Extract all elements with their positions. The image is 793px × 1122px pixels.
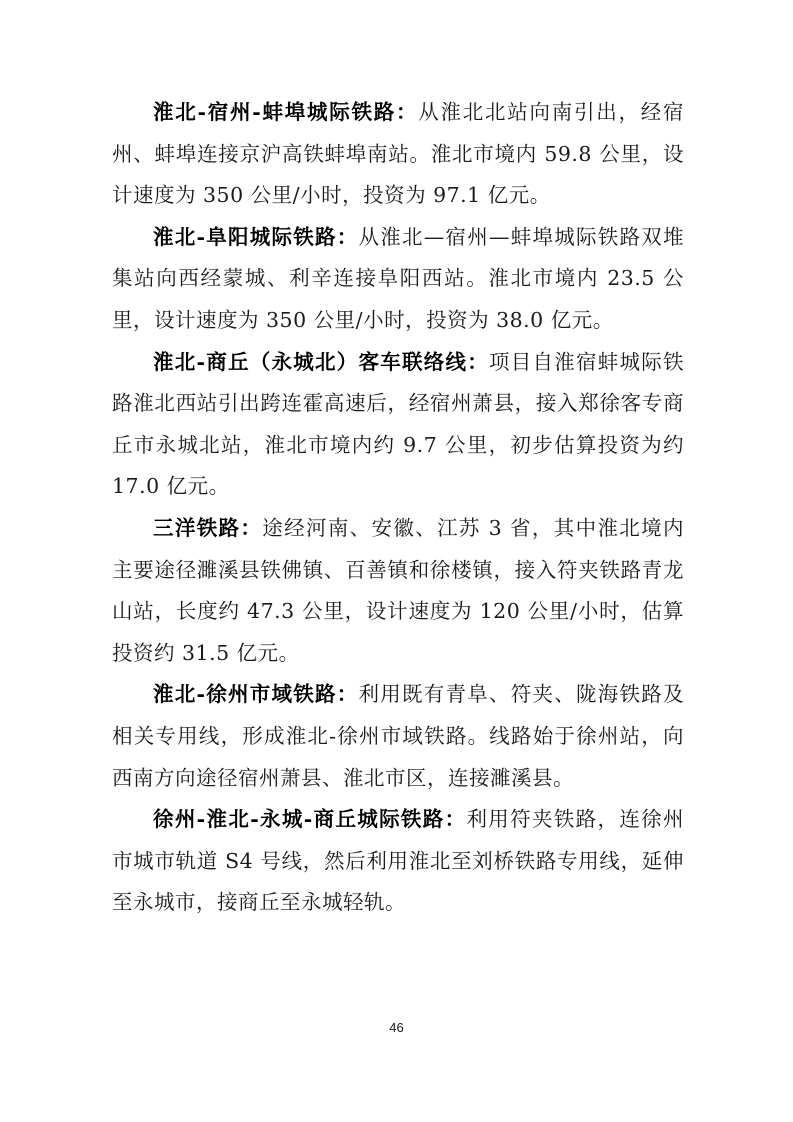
paragraph-heading: 淮北-宿州-蚌埠城际铁路：: [153, 100, 418, 124]
paragraph-heading: 淮北-阜阳城际铁路：: [153, 225, 359, 249]
document-page: 淮北-宿州-蚌埠城际铁路：从淮北北站向南引出，经宿州、蚌埠连接京沪高铁蚌埠南站。…: [0, 0, 793, 1122]
document-body: 淮北-宿州-蚌埠城际铁路：从淮北北站向南引出，经宿州、蚌埠连接京沪高铁蚌埠南站。…: [112, 92, 684, 924]
paragraph-railway-huaibei-shangqiu-link: 淮北-商丘（永城北）客车联络线：项目自淮宿蚌城际铁路淮北西站引出跨连霍高速后，经…: [112, 342, 684, 508]
paragraph-railway-huaibei-suzhou-bengbu: 淮北-宿州-蚌埠城际铁路：从淮北北站向南引出，经宿州、蚌埠连接京沪高铁蚌埠南站。…: [112, 92, 684, 217]
paragraph-heading: 淮北-商丘（永城北）客车联络线：: [153, 350, 489, 374]
paragraph-railway-sanyang: 三洋铁路：途经河南、安徽、江苏 3 省，其中淮北境内主要途径濉溪县铁佛镇、百善镇…: [112, 508, 684, 674]
paragraph-railway-huaibei-fuyang: 淮北-阜阳城际铁路：从淮北—宿州—蚌埠城际铁路双堆集站向西经蒙城、利辛连接阜阳西…: [112, 217, 684, 342]
page-number: 46: [0, 1020, 793, 1035]
paragraph-railway-xuzhou-huaibei-yongcheng-shangqiu: 徐州-淮北-永城-商丘城际铁路：利用符夹铁路，连徐州市城市轨道 S4 号线，然后…: [112, 799, 684, 924]
paragraph-railway-huaibei-xuzhou: 淮北-徐州市域铁路：利用既有青阜、符夹、陇海铁路及相关专用线，形成淮北-徐州市域…: [112, 674, 684, 799]
paragraph-heading: 三洋铁路：: [153, 516, 262, 540]
paragraph-heading: 徐州-淮北-永城-商丘城际铁路：: [153, 807, 466, 831]
paragraph-heading: 淮北-徐州市域铁路：: [153, 682, 359, 706]
